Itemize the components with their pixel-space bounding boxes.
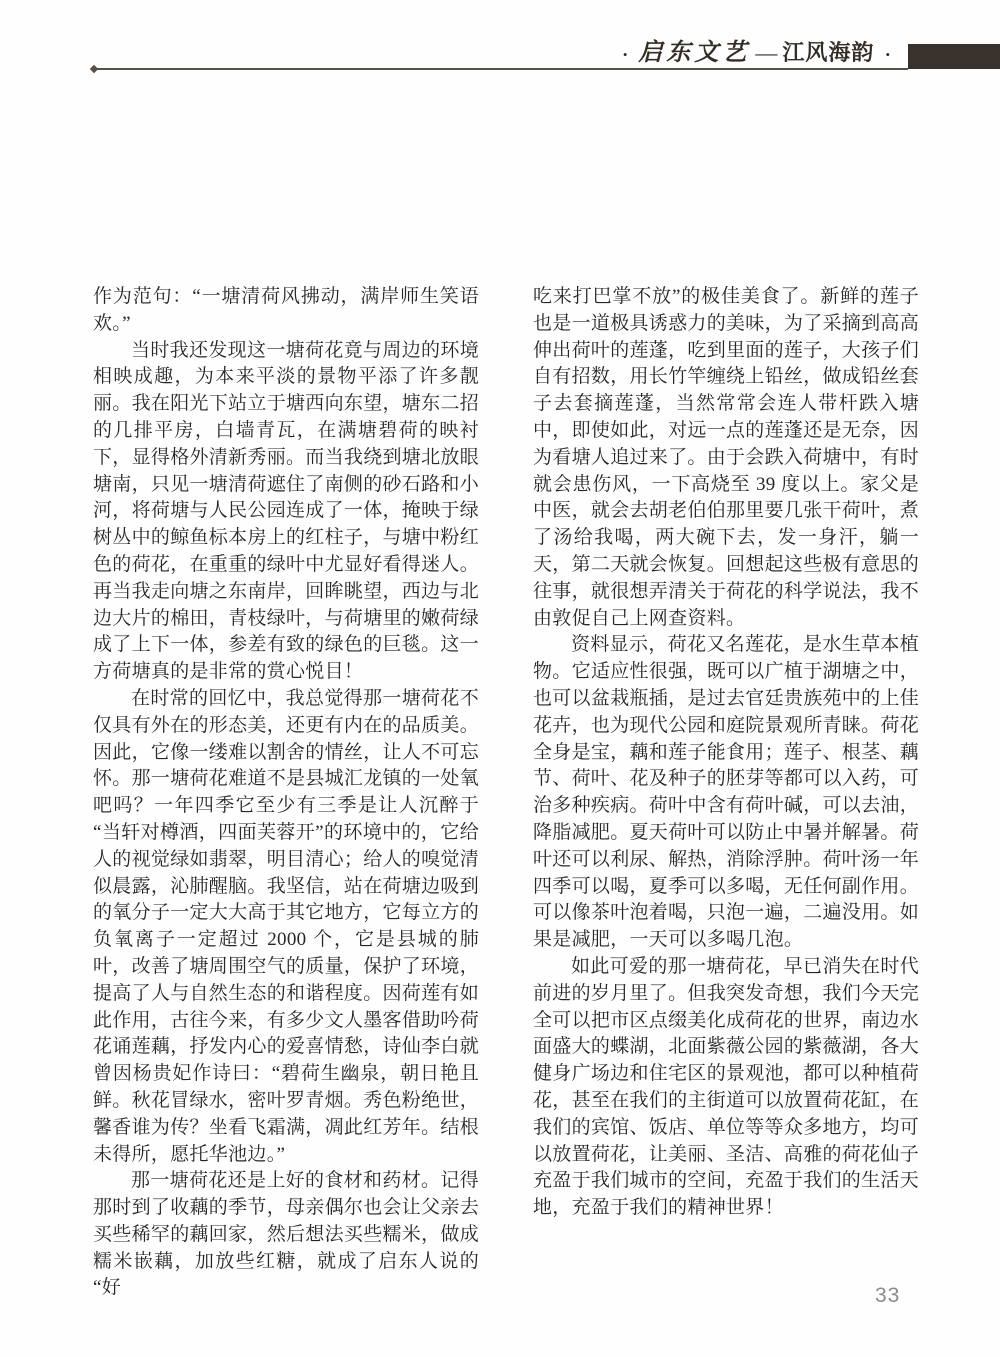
left-column: 作为范句：“一塘清荷风拂动，满岸师生笑语欢。” 当时我还发现这一塘荷花竟与周边的… <box>93 284 479 1302</box>
journal-masthead: • 启东文艺 — 江风海韵 • <box>623 41 890 65</box>
article-body: 作为范句：“一塘清荷风拂动，满岸师生笑语欢。” 当时我还发现这一塘荷花竟与周边的… <box>93 284 919 1302</box>
paragraph: 如此可爱的那一塘荷花，早已消失在时代前进的岁月里了。但我突发奇想，我们今天完全可… <box>533 954 919 1222</box>
masthead-left-dot-icon: • <box>623 48 628 61</box>
header-corner-bar <box>908 44 1000 69</box>
paragraph: 吃来打巴掌不放”的极佳美食了。新鲜的莲子也是一道极具诱惑力的美味，为了采摘到高高… <box>533 284 919 632</box>
masthead-right-dot-icon: • <box>885 48 890 61</box>
right-column: 吃来打巴掌不放”的极佳美食了。新鲜的莲子也是一道极具诱惑力的美味，为了采摘到高高… <box>533 284 919 1302</box>
header-rule <box>93 68 908 70</box>
paragraph: 资料显示，荷花又名莲花，是水生草本植物。它适应性很强，既可以广植于湖塘之中，也可… <box>533 632 919 954</box>
journal-series-title: 启东文艺 <box>638 41 750 65</box>
paragraph: 那一塘荷花还是上好的食材和药材。记得那时到了收藕的季节，母亲偶尔也会让父亲去买些… <box>93 1168 479 1302</box>
paragraph: 在时常的回忆中，我总觉得那一塘荷花不仅具有外在的形态美，还更有内在的品质美。因此… <box>93 686 479 1168</box>
rule-end-tick <box>90 65 98 73</box>
journal-section-title: 江风海韵 <box>782 42 874 64</box>
paragraph: 作为范句：“一塘清荷风拂动，满岸师生笑语欢。” <box>93 284 479 338</box>
page-number: 33 <box>875 1284 900 1308</box>
paragraph: 当时我还发现这一塘荷花竟与周边的环境相映成趣，为本来平淡的景物平添了许多靓丽。我… <box>93 338 479 686</box>
magazine-page: • 启东文艺 — 江风海韵 • 作为范句：“一塘清荷风拂动，满岸师生笑语欢。” … <box>0 0 1000 1357</box>
masthead-dash: — <box>755 42 777 64</box>
